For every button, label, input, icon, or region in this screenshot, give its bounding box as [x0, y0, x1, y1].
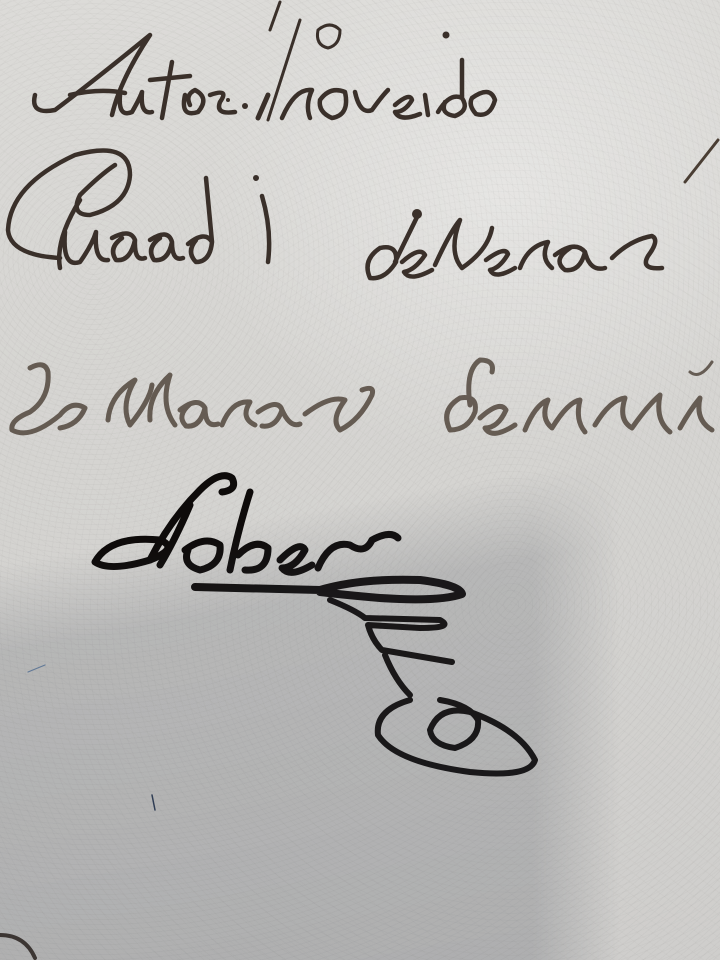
corner-stroke: [0, 935, 35, 958]
handwriting-ink: [0, 0, 720, 960]
line-de-marzo-de-mil: [12, 360, 712, 433]
line-cuidad-de-vera: [8, 151, 662, 279]
line-autos-proveido: [34, 20, 718, 182]
manuscript-photo: Autos. Proveido Cuidad deVera deMarzo de…: [0, 0, 720, 960]
stray-stroke: [270, 2, 280, 30]
signature-llober: [95, 476, 535, 774]
